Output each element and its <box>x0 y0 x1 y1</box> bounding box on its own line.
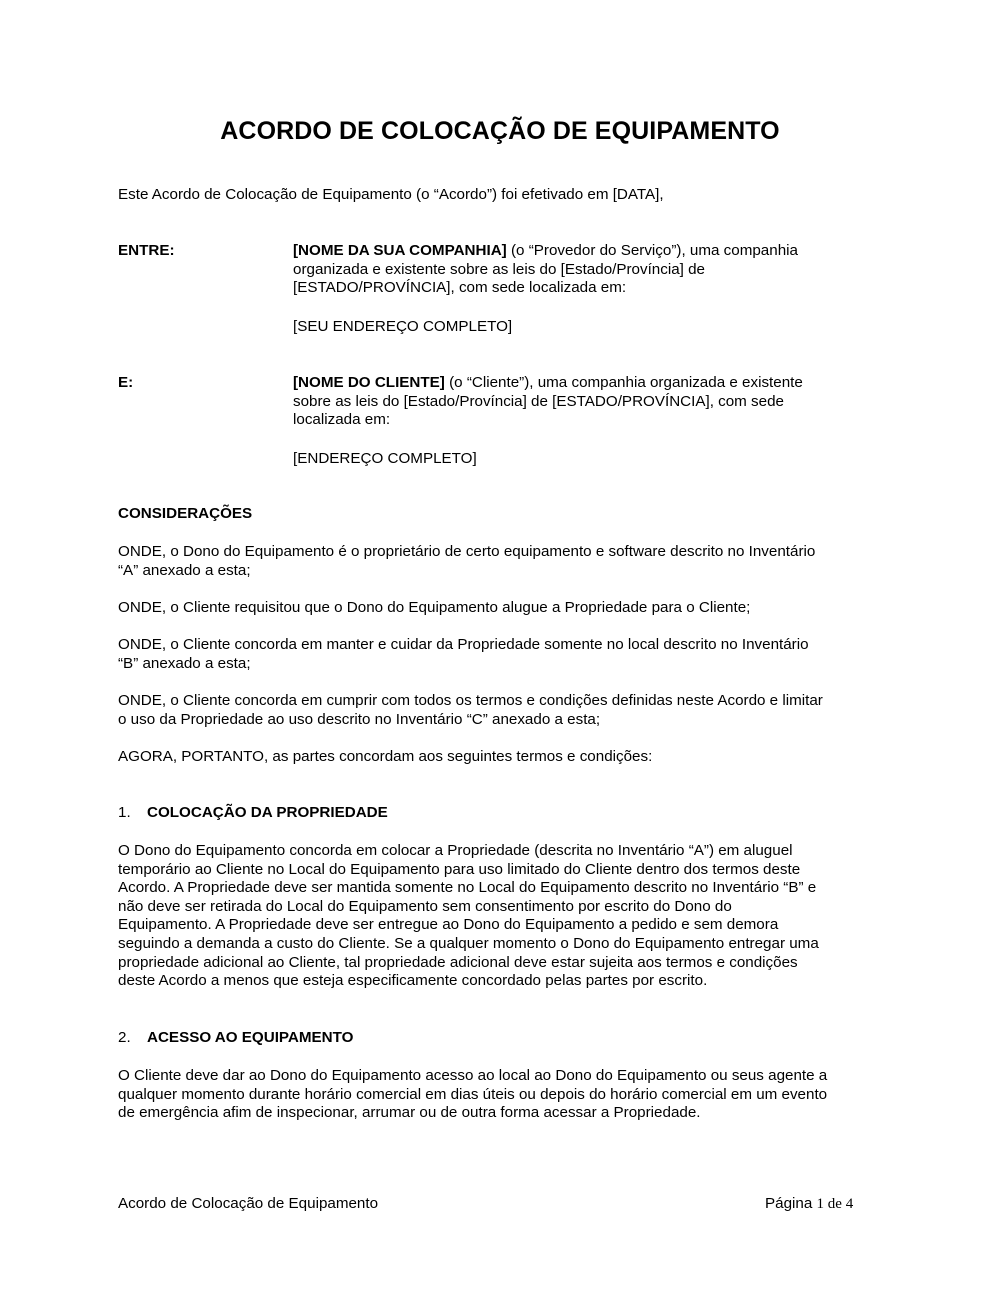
section-1-title: COLOCAÇÃO DA PROPRIEDADE <box>147 804 388 821</box>
section-2-title: ACESSO AO EQUIPAMENTO <box>147 1029 353 1046</box>
intro-paragraph: Este Acordo de Colocação de Equipamento … <box>118 186 888 205</box>
party-provider-line-1: [NOME DA SUA COMPANHIA] (o “Provedor do … <box>293 242 873 261</box>
party-client-address: [ENDEREÇO COMPLETO] <box>293 450 873 469</box>
recital-3: ONDE, o Cliente concorda em manter e cui… <box>118 636 888 673</box>
party-label-between: ENTRE: <box>118 242 175 261</box>
footer-page-number: Página 1 de 4 <box>765 1195 853 1214</box>
now-therefore-paragraph: AGORA, PORTANTO, as partes concordam aos… <box>118 748 888 767</box>
document-title: ACORDO DE COLOCAÇÃO DE EQUIPAMENTO <box>0 116 1000 146</box>
party-provider-line-3: [ESTADO/PROVÍNCIA], com sede localizada … <box>293 279 873 298</box>
party-client-block: [NOME DO CLIENTE] (o “Cliente”), uma com… <box>293 374 873 430</box>
party-provider-address: [SEU ENDEREÇO COMPLETO] <box>293 318 873 337</box>
section-2-heading: 2.ACESSO AO EQUIPAMENTO <box>118 1029 353 1048</box>
party-client-line-3: localizada em: <box>293 411 873 430</box>
party-client-name: [NOME DO CLIENTE] <box>293 374 445 391</box>
section-1-body: O Dono do Equipamento concorda em coloca… <box>118 842 888 991</box>
party-provider-name: [NOME DA SUA COMPANHIA] <box>293 242 507 259</box>
footer-document-name: Acordo de Colocação de Equipamento <box>118 1195 378 1214</box>
considerations-heading: CONSIDERAÇÕES <box>118 505 888 524</box>
document-page: ACORDO DE COLOCAÇÃO DE EQUIPAMENTO Este … <box>0 0 1000 1290</box>
section-1-number: 1. <box>118 804 147 823</box>
party-client-line-2: sobre as leis do [Estado/Província] de [… <box>293 393 873 412</box>
recital-2: ONDE, o Cliente requisitou que o Dono do… <box>118 599 888 618</box>
total-pages: 4 <box>846 1196 854 1212</box>
section-1-heading: 1.COLOCAÇÃO DA PROPRIEDADE <box>118 804 388 823</box>
recital-4: ONDE, o Cliente concorda em cumprir com … <box>118 692 888 729</box>
party-provider-line-2: organizada e existente sobre as leis do … <box>293 261 873 280</box>
recital-1: ONDE, o Dono do Equipamento é o propriet… <box>118 543 888 580</box>
section-2-number: 2. <box>118 1029 147 1048</box>
party-provider-block: [NOME DA SUA COMPANHIA] (o “Provedor do … <box>293 242 873 298</box>
current-page: 1 <box>817 1196 825 1212</box>
party-label-and: E: <box>118 374 133 393</box>
section-2-body: O Cliente deve dar ao Dono do Equipament… <box>118 1067 888 1123</box>
party-client-line-1: [NOME DO CLIENTE] (o “Cliente”), uma com… <box>293 374 873 393</box>
